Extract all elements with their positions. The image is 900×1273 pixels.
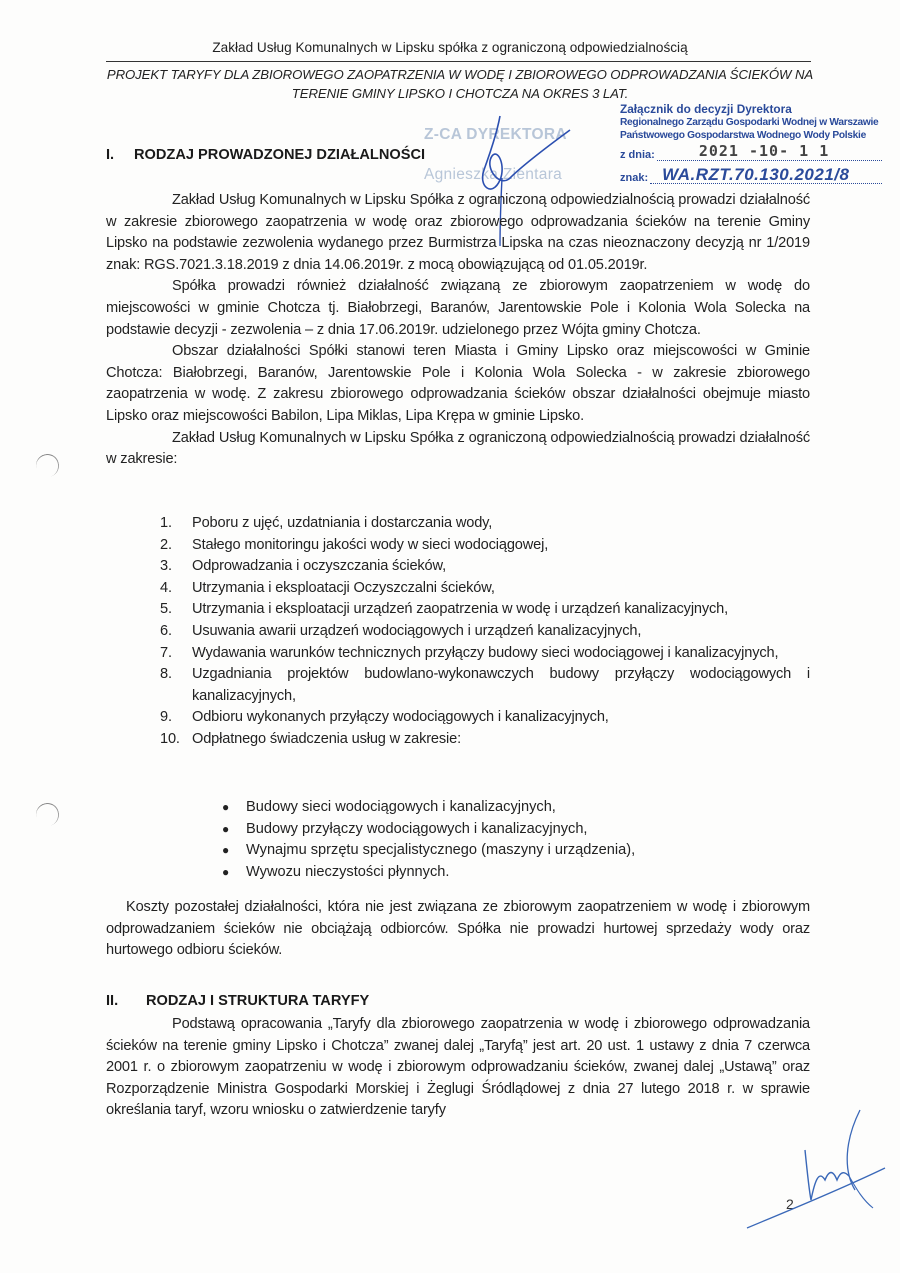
list-item: 1.Poboru z ujęć, uzdatniania i dostarcza…	[160, 513, 810, 535]
annex-stamp: Załącznik do decyzji Dyrektora Regionaln…	[620, 102, 882, 184]
list-item: 5.Utrzymania i eksploatacji urządzeń zao…	[160, 599, 810, 621]
list-item: 3.Odprowadzania i oczyszczania ścieków,	[160, 556, 810, 578]
annex-date-row: z dnia: 2021 -10- 1 1	[620, 142, 882, 161]
paragraph: Spółka prowadzi również działalność zwią…	[106, 276, 810, 341]
section-1-heading: I.RODZAJ PROWADZONEJ DZIAŁALNOŚCI	[106, 147, 425, 163]
bullet-icon: ●	[222, 862, 246, 884]
bullet-icon: ●	[222, 840, 246, 862]
annex-line1: Załącznik do decyzji Dyrektora	[620, 102, 882, 116]
list-item: 4.Utrzymania i eksploatacji Oczyszczalni…	[160, 578, 810, 600]
annex-date-value: 2021 -10- 1 1	[699, 142, 829, 160]
list-item: 2.Stałego monitoringu jakości wody w sie…	[160, 535, 810, 557]
document-page: Zakład Usług Komunalnych w Lipsku spółka…	[0, 0, 900, 1273]
list-item: ●Budowy sieci wodociągowych i kanalizacy…	[222, 797, 782, 819]
list-item: ●Budowy przyłączy wodociągowych i kanali…	[222, 819, 782, 841]
section-1-closing: Koszty pozostałej działalności, która ni…	[106, 897, 810, 962]
list-item: ●Wynajmu sprzętu specjalistycznego (masz…	[222, 840, 782, 862]
list-item: ●Wywozu nieczystości płynnych.	[222, 862, 782, 884]
annex-ref-value: WA.RZT.70.130.2021/8	[662, 165, 849, 185]
project-title-line1: PROJEKT TARYFY DLA ZBIOROWEGO ZAOPATRZEN…	[100, 65, 820, 84]
section-2-heading: II.RODZAJ I STRUKTURA TARYFY	[106, 993, 369, 1009]
section-2-body: Podstawą opracowania „Taryfy dla zbiorow…	[106, 1014, 810, 1122]
section-1-title: RODZAJ PROWADZONEJ DZIAŁALNOŚCI	[134, 147, 425, 163]
annex-line2: Regionalnego Zarządu Gospodarki Wodnej w…	[620, 116, 882, 129]
list-item: 10.Odpłatnego świadczenia usług w zakres…	[160, 729, 810, 751]
annex-line3: Państwowego Gospodarstwa Wodnego Wody Po…	[620, 129, 882, 142]
paragraph: Zakład Usług Komunalnych w Lipsku Spółka…	[106, 190, 810, 276]
activities-list: 1.Poboru z ujęć, uzdatniania i dostarcza…	[160, 513, 810, 751]
annex-ref-row: znak: WA.RZT.70.130.2021/8	[620, 165, 882, 184]
list-item: 7.Wydawania warunków technicznych przyłą…	[160, 643, 810, 665]
paragraph: Podstawą opracowania „Taryfy dla zbiorow…	[106, 1014, 810, 1122]
bullet-icon: ●	[222, 819, 246, 841]
section-2-number: II.	[106, 993, 146, 1009]
initials-signature-icon	[745, 1100, 895, 1235]
project-title-line2: TERENIE GMINY LIPSKO I CHOTCZA NA OKRES …	[100, 84, 820, 103]
header-divider	[106, 61, 811, 62]
annex-date-label: z dnia:	[620, 149, 655, 161]
paragraph: Obszar działalności Spółki stanowi teren…	[106, 341, 810, 427]
annex-ref-label: znak:	[620, 172, 648, 184]
paragraph: Zakład Usług Komunalnych w Lipsku Spółka…	[106, 428, 810, 471]
punch-hole-mark	[33, 800, 61, 828]
project-title: PROJEKT TARYFY DLA ZBIOROWEGO ZAOPATRZEN…	[100, 65, 820, 103]
list-item: 6.Usuwania awarii urządzeń wodociągowych…	[160, 621, 810, 643]
section-1-body: Zakład Usług Komunalnych w Lipsku Spółka…	[106, 190, 810, 471]
services-list: ●Budowy sieci wodociągowych i kanalizacy…	[222, 797, 782, 883]
paragraph: Koszty pozostałej działalności, która ni…	[106, 897, 810, 962]
section-1-number: I.	[106, 147, 134, 163]
list-item: 8.Uzgadniania projektów budowlano-wykona…	[160, 664, 810, 707]
company-header: Zakład Usług Komunalnych w Lipsku spółka…	[0, 40, 900, 55]
section-2-title: RODZAJ I STRUKTURA TARYFY	[146, 993, 369, 1009]
punch-hole-mark	[33, 451, 61, 479]
list-item: 9.Odbioru wykonanych przyłączy wodociągo…	[160, 707, 810, 729]
bullet-icon: ●	[222, 797, 246, 819]
